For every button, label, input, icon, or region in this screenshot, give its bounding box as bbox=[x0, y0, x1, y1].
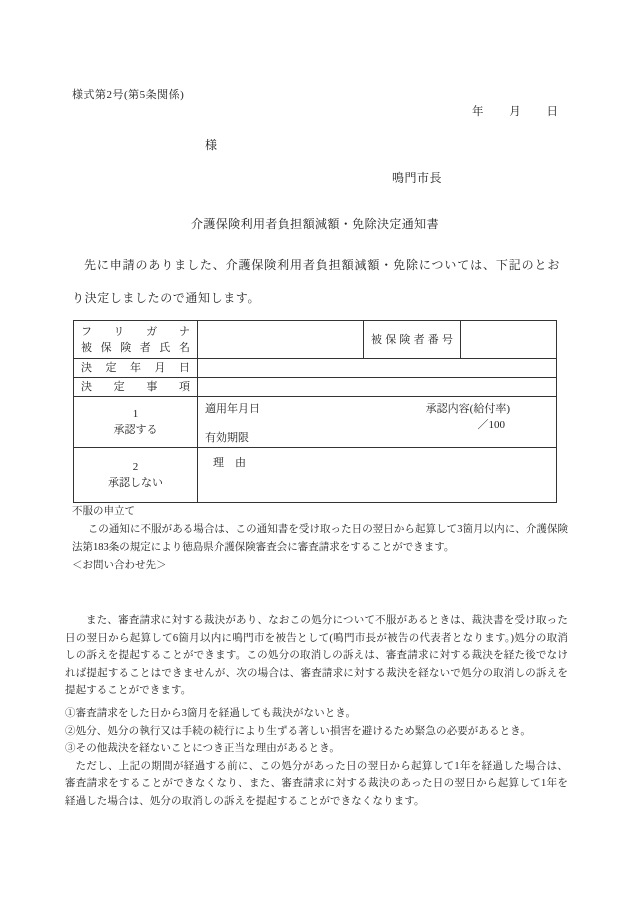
decision-matter-field bbox=[198, 378, 557, 397]
table-row: フリガナ 被保険者氏名 被保険者番号 bbox=[74, 321, 557, 359]
appeal-body: この通知に不服がある場合は、この通知書を受け取った日の翌日から起算して3箇月以内… bbox=[72, 521, 568, 557]
contact-heading: ＜お問い合わせ先＞ bbox=[72, 557, 568, 575]
approve-detail-cell: 適用年月日 承認内容(給付率) ／100 有効期限 bbox=[198, 397, 557, 448]
option-approve-label: 承認する bbox=[74, 422, 197, 438]
reject-detail-cell: 理 由 bbox=[198, 448, 557, 503]
lawsuit-paragraph-1: また、審査請求に対する裁決があり、なおこの処分について不服があるときは、裁決書を… bbox=[65, 612, 568, 700]
table-row: 決定年月日 bbox=[74, 359, 557, 378]
issue-date-line: 年 月 日 bbox=[472, 103, 558, 119]
table-row: 2 承認しない 理 由 bbox=[74, 448, 557, 503]
insured-name-label: 被保険者氏名 bbox=[81, 340, 190, 356]
benefit-rate-value: ／100 bbox=[478, 416, 506, 432]
validity-period-label: 有効期限 bbox=[205, 429, 249, 445]
table-row: 1 承認する 適用年月日 承認内容(給付率) ／100 有効期限 bbox=[74, 397, 557, 448]
form-number: 様式第2号(第5条関係) bbox=[72, 86, 184, 102]
approval-content-label: 承認内容(給付率) bbox=[426, 400, 510, 416]
addressee-honorific: 様 bbox=[205, 136, 217, 153]
application-date-label: 適用年月日 bbox=[205, 400, 260, 416]
notice-document-page: 様式第2号(第5条関係) 年 月 日 様 鳴門市長 介護保険利用者負担額減額・免… bbox=[0, 0, 630, 915]
decision-date-label-cell: 決定年月日 bbox=[74, 359, 198, 378]
insured-number-label: 被保険者番号 bbox=[371, 332, 453, 348]
option-approve: 1 承認する bbox=[74, 397, 198, 448]
furigana-label: フリガナ bbox=[81, 324, 190, 340]
decision-matter-label: 決定事項 bbox=[81, 379, 190, 395]
decision-matter-label-cell: 決定事項 bbox=[74, 378, 198, 397]
appeal-heading: 不服の申立て bbox=[72, 503, 568, 521]
option-reject-number: 2 bbox=[74, 459, 197, 475]
insured-name-field bbox=[198, 321, 364, 359]
appeal-notice-section: 不服の申立て この通知に不服がある場合は、この通知書を受け取った日の翌日から起算… bbox=[72, 503, 568, 575]
month-label: 月 bbox=[509, 103, 521, 119]
option-approve-number: 1 bbox=[74, 406, 197, 422]
lawsuit-paragraph-2: ただし、上記の期間が経過する前に、この処分があった日の翌日から起算して1年を経過… bbox=[65, 758, 568, 811]
option-reject: 2 承認しない bbox=[74, 448, 198, 503]
document-title: 介護保険利用者負担額減額・免除決定通知書 bbox=[0, 215, 630, 232]
decision-date-label: 決定年月日 bbox=[81, 360, 190, 376]
option-reject-label: 承認しない bbox=[74, 475, 197, 491]
year-label: 年 bbox=[472, 103, 484, 119]
day-label: 日 bbox=[547, 103, 559, 119]
insured-number-label-cell: 被保険者番号 bbox=[364, 321, 461, 359]
insured-name-label-cell: フリガナ 被保険者氏名 bbox=[74, 321, 198, 359]
reason-label: 理 由 bbox=[213, 454, 246, 470]
lawsuit-notice-section: また、審査請求に対する裁決があり、なおこの処分について不服があるときは、裁決書を… bbox=[65, 612, 568, 811]
insured-number-field bbox=[461, 321, 557, 359]
lawsuit-items: ①審査請求をした日から3箇月を経過しても裁決がないとき。 ②処分、処分の執行又は… bbox=[65, 705, 568, 758]
table-row: 決定事項 bbox=[74, 378, 557, 397]
lawsuit-item-3: ③その他裁決を経ないことにつき正当な理由があるとき。 bbox=[65, 740, 568, 758]
intro-paragraph: 先に申請のありました、介護保険利用者負担額減額・免除については、下記のとおり決定… bbox=[72, 249, 560, 315]
sender-name: 鳴門市長 bbox=[392, 169, 442, 186]
decision-date-field bbox=[198, 359, 557, 378]
lawsuit-item-2: ②処分、処分の執行又は手続の続行により生ずる著しい損害を避けるため緊急の必要があ… bbox=[65, 723, 568, 741]
lawsuit-item-1: ①審査請求をした日から3箇月を経過しても裁決がないとき。 bbox=[65, 705, 568, 723]
decision-table: フリガナ 被保険者氏名 被保険者番号 決定年月日 決定事項 1 承認する bbox=[73, 320, 557, 503]
